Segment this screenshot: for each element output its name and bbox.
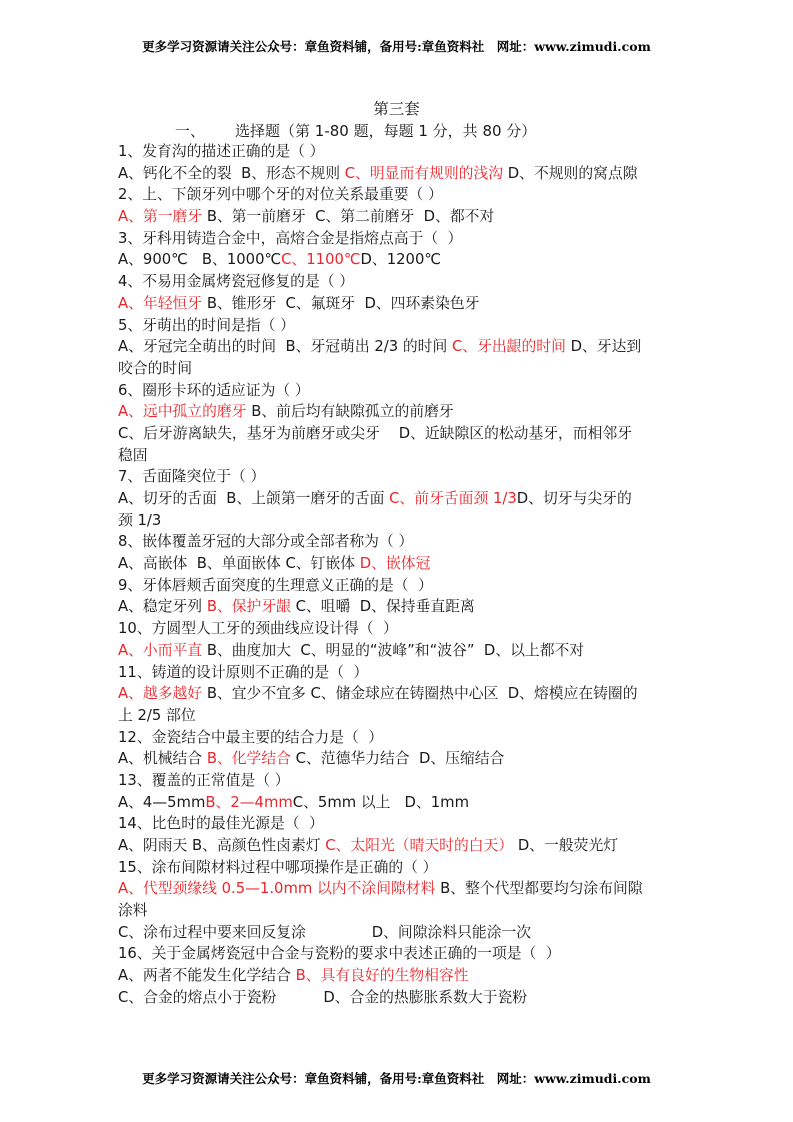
answer-highlight: C、前牙舌面颈 1/3 [389, 490, 517, 507]
text-segment: 4、不易用金属烤瓷冠修复的是（ ） [118, 273, 354, 290]
text-segment: C、后牙游离缺失，基牙为前磨牙或尖牙 D、近缺隙区的松动基牙，而相邻牙 [118, 425, 632, 442]
text-line: A、代型颈缘线 0.5—1.0mm 以内不涂间隙材料 B、整个代型都要均匀涂布间… [118, 878, 678, 900]
text-line: 2、上、下颌牙列中哪个牙的对位关系最重要（ ） [118, 184, 678, 206]
text-line: A、第一磨牙 B、第一前磨牙 C、第二前磨牙 D、都不对 [118, 206, 678, 228]
text-line: 14、比色时的最佳光源是（ ） [118, 813, 678, 835]
text-line: 9、牙体唇颊舌面突度的生理意义正确的是（ ） [118, 575, 678, 597]
text-segment: A、机械结合 [118, 750, 207, 767]
text-line: A、阴雨天 B、高颜色性卤素灯 C、太阳光（晴天时的白天） D、一般荧光灯 [118, 835, 678, 857]
text-line: C、涂布过程中要来回反复涂 D、间隙涂料只能涂一次 [118, 922, 678, 944]
text-line: 11、铸道的设计原则不正确的是（ ） [118, 662, 678, 684]
answer-highlight: B、2—4mm [205, 794, 292, 811]
text-line: 3、牙科用铸造合金中，高熔合金是指熔点高于（ ） [118, 228, 678, 250]
text-line: 1、发育沟的描述正确的是（ ） [118, 141, 678, 163]
answer-highlight: D、嵌体冠 [360, 555, 431, 572]
text-line: 12、金瓷结合中最主要的结合力是（ ） [118, 727, 678, 749]
text-line: A、900℃ B、1000℃C、1100℃D、1200℃ [118, 249, 678, 271]
text-segment: 8、嵌体覆盖牙冠的大部分或全部者称为（ ） [118, 533, 413, 550]
text-line: C、后牙游离缺失，基牙为前磨牙或尖牙 D、近缺隙区的松动基牙，而相邻牙 [118, 423, 678, 445]
text-segment: 6、圈形卡环的适应证为（ ） [118, 382, 310, 399]
section-heading: 一、选择题（第 1-80 题，每题 1 分，共 80 分） [175, 120, 536, 141]
text-segment: 12、金瓷结合中最主要的结合力是（ ） [118, 729, 383, 746]
text-line: 10、方圆型人工牙的颈曲线应设计得（ ） [118, 618, 678, 640]
text-segment: 5、牙萌出的时间是指（ ） [118, 317, 295, 334]
section-label: 选择题（第 1-80 题，每题 1 分，共 80 分） [235, 122, 536, 140]
text-segment: 咬合的时间 [118, 360, 192, 377]
text-line: 咬合的时间 [118, 358, 678, 380]
answer-highlight: A、代型颈缘线 0.5—1.0mm 以内不涂间隙材料 [118, 880, 435, 897]
text-line: 7、舌面隆突位于（ ） [118, 466, 678, 488]
footer-banner: 更多学习资源请关注公众号：章鱼资料铺，备用号:章鱼资料社 网址：www.zimu… [0, 1069, 793, 1087]
answer-highlight: C、牙出龈的时间 [452, 338, 566, 355]
text-segment: C、合金的熔点小于瓷粉 D、合金的热膨胀系数大于瓷粉 [118, 989, 527, 1006]
text-line: A、越多越好 B、宜少不宜多 C、储金球应在铸圈热中心区 D、熔模应在铸圈的 [118, 683, 678, 705]
text-segment: 2、上、下颌牙列中哪个牙的对位关系最重要（ ） [118, 186, 443, 203]
text-segment: D、切牙与尖牙的 [517, 490, 632, 507]
text-line: 5、牙萌出的时间是指（ ） [118, 315, 678, 337]
text-segment: C、涂布过程中要来回反复涂 D、间隙涂料只能涂一次 [118, 924, 531, 941]
text-line: 6、圈形卡环的适应证为（ ） [118, 380, 678, 402]
text-segment: D、1200℃ [361, 251, 441, 268]
answer-highlight: C、太阳光（晴天时的白天） [325, 837, 513, 854]
text-segment: B、第一前磨牙 C、第二前磨牙 D、都不对 [202, 208, 494, 225]
text-segment: A、两者不能发生化学结合 [118, 967, 296, 984]
header-banner: 更多学习资源请关注公众号：章鱼资料铺，备用号:章鱼资料社 网址：www.zimu… [0, 37, 793, 55]
text-line: 16、关于金属烤瓷冠中合金与瓷粉的要求中表述正确的一项是（ ） [118, 943, 678, 965]
text-segment: 15、涂布间隙材料过程中哪项操作是正确的（ ） [118, 859, 437, 876]
text-segment: C、5mm 以上 D、1mm [293, 794, 469, 811]
text-segment: B、前后均有缺隙孤立的前磨牙 [247, 403, 454, 420]
text-segment: 上 2/5 部位 [118, 707, 196, 724]
answer-highlight: B、保护牙龈 [207, 598, 291, 615]
text-line: 4、不易用金属烤瓷冠修复的是（ ） [118, 271, 678, 293]
text-segment: 3、牙科用铸造合金中，高熔合金是指熔点高于（ ） [118, 230, 462, 247]
text-segment: C、咀嚼 D、保持垂直距离 [291, 598, 475, 615]
section-number: 一、 [175, 122, 205, 140]
answer-highlight: A、第一磨牙 [118, 208, 202, 225]
text-segment: D、牙达到 [566, 338, 641, 355]
text-segment: A、稳定牙列 [118, 598, 207, 615]
text-segment: D、不规则的窝点隙 [503, 165, 637, 182]
text-segment: 稳固 [118, 447, 148, 464]
text-segment: 7、舌面隆突位于（ ） [118, 468, 265, 485]
text-segment: C、范德华力结合 D、压缩结合 [291, 750, 504, 767]
text-segment: A、高嵌体 B、单面嵌体 C、钉嵌体 [118, 555, 360, 572]
text-line: 15、涂布间隙材料过程中哪项操作是正确的（ ） [118, 857, 678, 879]
answer-highlight: B、化学结合 [207, 750, 291, 767]
text-segment: B、锥形牙 C、氟斑牙 D、四环素染色牙 [202, 295, 479, 312]
page-title: 第三套 [0, 97, 793, 119]
text-line: C、合金的熔点小于瓷粉 D、合金的热膨胀系数大于瓷粉 [118, 987, 678, 1009]
text-segment: A、牙冠完全萌出的时间 B、牙冠萌出 2/3 的时间 [118, 338, 452, 355]
text-line: A、年轻恒牙 B、锥形牙 C、氟斑牙 D、四环素染色牙 [118, 293, 678, 315]
text-line: 稳固 [118, 445, 678, 467]
answer-highlight: A、远中孤立的磨牙 [118, 403, 247, 420]
text-segment: 颈 1/3 [118, 512, 161, 529]
answer-highlight: A、年轻恒牙 [118, 295, 202, 312]
text-line: A、两者不能发生化学结合 B、具有良好的生物相容性 [118, 965, 678, 987]
text-line: A、机械结合 B、化学结合 C、范德华力结合 D、压缩结合 [118, 748, 678, 770]
text-line: A、稳定牙列 B、保护牙龈 C、咀嚼 D、保持垂直距离 [118, 596, 678, 618]
text-segment: A、4—5mm [118, 794, 205, 811]
answer-highlight: C、明显而有规则的浅沟 [345, 165, 503, 182]
text-segment: A、阴雨天 B、高颜色性卤素灯 [118, 837, 325, 854]
text-segment: 涂料 [118, 902, 148, 919]
text-segment: A、钙化不全的裂 B、形态不规则 [118, 165, 345, 182]
text-line: A、切牙的舌面 B、上颌第一磨牙的舌面 C、前牙舌面颈 1/3D、切牙与尖牙的 [118, 488, 678, 510]
question-list: 1、发育沟的描述正确的是（ ）A、钙化不全的裂 B、形态不规则 C、明显而有规则… [118, 141, 678, 1009]
text-line: A、远中孤立的磨牙 B、前后均有缺隙孤立的前磨牙 [118, 401, 678, 423]
text-segment: B、宜少不宜多 C、储金球应在铸圈热中心区 D、熔模应在铸圈的 [202, 685, 637, 702]
text-segment: 16、关于金属烤瓷冠中合金与瓷粉的要求中表述正确的一项是（ ） [118, 945, 561, 962]
text-segment: 14、比色时的最佳光源是（ ） [118, 815, 324, 832]
answer-highlight: A、小而平直 [118, 642, 202, 659]
text-segment: B、曲度加大 C、明显的“波峰”和“波谷” D、以上都不对 [202, 642, 584, 659]
text-line: A、高嵌体 B、单面嵌体 C、钉嵌体 D、嵌体冠 [118, 553, 678, 575]
text-segment: A、900℃ B、1000℃ [118, 251, 281, 268]
text-line: A、钙化不全的裂 B、形态不规则 C、明显而有规则的浅沟 D、不规则的窝点隙 [118, 163, 678, 185]
text-line: 上 2/5 部位 [118, 705, 678, 727]
text-line: 颈 1/3 [118, 510, 678, 532]
text-segment: 10、方圆型人工牙的颈曲线应设计得（ ） [118, 620, 398, 637]
text-line: A、牙冠完全萌出的时间 B、牙冠萌出 2/3 的时间 C、牙出龈的时间 D、牙达… [118, 336, 678, 358]
text-line: 13、覆盖的正常值是（ ） [118, 770, 678, 792]
text-segment: A、切牙的舌面 B、上颌第一磨牙的舌面 [118, 490, 389, 507]
text-segment: 13、覆盖的正常值是（ ） [118, 772, 290, 789]
answer-highlight: A、越多越好 [118, 685, 202, 702]
text-line: A、小而平直 B、曲度加大 C、明显的“波峰”和“波谷” D、以上都不对 [118, 640, 678, 662]
answer-highlight: C、1100℃ [281, 251, 360, 268]
text-segment: D、一般荧光灯 [513, 837, 618, 854]
text-segment: 11、铸道的设计原则不正确的是（ ） [118, 664, 368, 681]
text-segment: 9、牙体唇颊舌面突度的生理意义正确的是（ ） [118, 577, 433, 594]
text-segment: B、整个代型都要均匀涂布间隙 [435, 880, 642, 897]
text-line: 8、嵌体覆盖牙冠的大部分或全部者称为（ ） [118, 531, 678, 553]
answer-highlight: B、具有良好的生物相容性 [296, 967, 469, 984]
text-segment: 1、发育沟的描述正确的是（ ） [118, 143, 324, 160]
text-line: 涂料 [118, 900, 678, 922]
text-line: A、4—5mmB、2—4mmC、5mm 以上 D、1mm [118, 792, 678, 814]
